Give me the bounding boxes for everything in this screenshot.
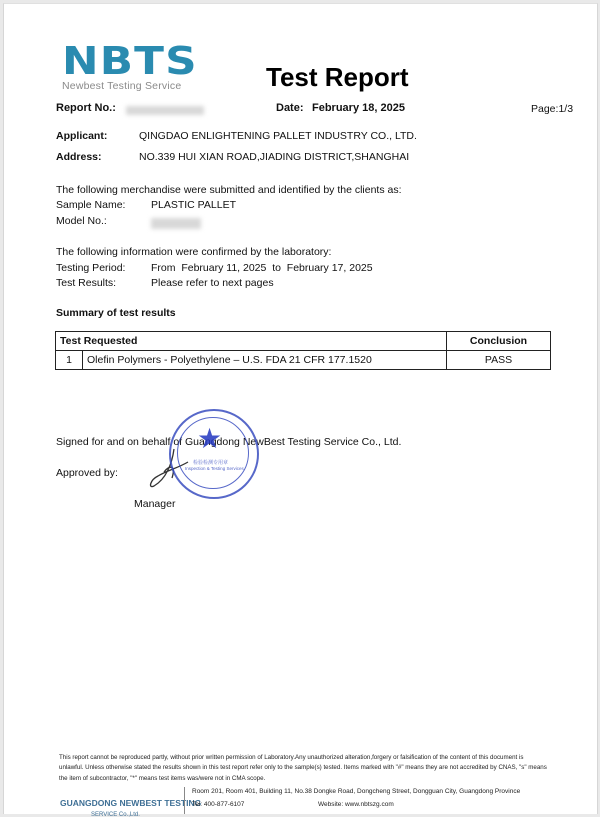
date-label: Date:	[276, 102, 304, 114]
footer-divider	[184, 787, 185, 814]
sample-name-value: PLASTIC PALLET	[151, 199, 236, 211]
row-number: 1	[56, 351, 83, 370]
date-value: February 18, 2025	[312, 102, 405, 114]
col-test-requested: Test Requested	[56, 332, 447, 351]
row-test: Olefin Polymers - Polyethylene – U.S. FD…	[83, 351, 447, 370]
summary-table: Test Requested Conclusion 1 Olefin Polym…	[55, 331, 551, 370]
footer-tel: Tel: 400-877-6107	[192, 801, 244, 808]
company-seal: ★ 检验检测专用章 Inspection & Testing Services	[169, 409, 259, 499]
footer-company-line2: SERVICE Co.,Ltd.	[91, 812, 140, 817]
merchandise-intro: The following merchandise were submitted…	[56, 184, 402, 196]
page-number: Page:1/3	[531, 103, 573, 115]
address-value: NO.339 HUI XIAN ROAD,JIADING DISTRICT,SH…	[139, 151, 409, 163]
model-no-value	[151, 215, 201, 233]
manager-role: Manager	[134, 498, 175, 510]
test-results-value: Please refer to next pages	[151, 277, 274, 289]
col-conclusion: Conclusion	[447, 332, 551, 351]
nbts-logo: NBTS Newbest Testing Service	[62, 44, 182, 92]
model-no-label: Model No.:	[56, 215, 107, 227]
report-no-label: Report No.:	[56, 102, 116, 114]
applicant-value: QINGDAO ENLIGHTENING PALLET INDUSTRY CO.…	[139, 130, 417, 142]
page-title: Test Report	[266, 62, 409, 93]
applicant-label: Applicant:	[56, 130, 107, 142]
disclaimer: This report cannot be reproduced partly,…	[59, 753, 549, 784]
summary-heading: Summary of test results	[56, 307, 176, 319]
logo-mark: NBTS	[62, 44, 200, 78]
star-icon: ★	[197, 425, 222, 453]
report-no-value	[126, 102, 204, 120]
table-row: 1 Olefin Polymers - Polyethylene – U.S. …	[56, 351, 551, 370]
testing-period-label: Testing Period:	[56, 262, 125, 274]
approved-label: Approved by:	[56, 467, 118, 479]
seal-text-cn: 检验检测专用章	[193, 459, 228, 466]
testing-period-value: From February 11, 2025 to February 17, 2…	[151, 262, 373, 274]
summary-header-row: Test Requested Conclusion	[56, 332, 551, 351]
test-results-label: Test Results:	[56, 277, 116, 289]
sample-name-label: Sample Name:	[56, 199, 125, 211]
footer-website: Website: www.nbtszg.com	[318, 801, 394, 808]
address-label: Address:	[56, 151, 102, 163]
row-conclusion: PASS	[447, 351, 551, 370]
seal-text-en: Inspection & Testing Services	[185, 466, 244, 471]
footer-address: Room 201, Room 401, Building 11, No.38 D…	[192, 788, 520, 795]
footer-company: GUANGDONG NEWBEST TESTING	[60, 798, 201, 808]
report-page: NBTS Newbest Testing Service Test Report…	[3, 3, 598, 814]
lab-intro: The following information were confirmed…	[56, 246, 331, 258]
